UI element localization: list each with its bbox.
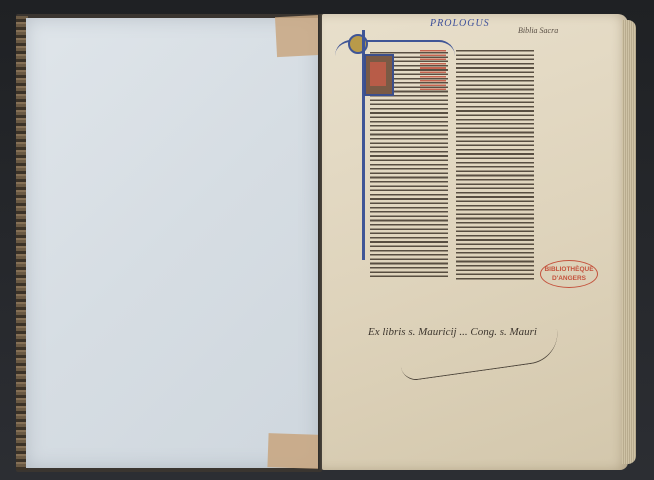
page-edges [622, 20, 636, 464]
shelf-note: Biblia Sacra [518, 26, 558, 35]
library-stamp: BIBLIOTHÈQUE D'ANGERS [540, 260, 598, 288]
stamp-line-1: BIBLIOTHÈQUE [541, 265, 597, 274]
text-column-right [456, 50, 534, 280]
rubric-text [420, 50, 446, 90]
initial-figure [370, 62, 386, 86]
tape-repair-top [275, 15, 323, 57]
gold-roundel [348, 34, 368, 54]
stamp-line-2: D'ANGERS [541, 274, 597, 283]
historiated-initial [364, 54, 394, 96]
running-header: PROLOGUS [430, 18, 490, 29]
tape-repair-bottom [267, 433, 320, 469]
left-flyleaf [26, 18, 318, 468]
